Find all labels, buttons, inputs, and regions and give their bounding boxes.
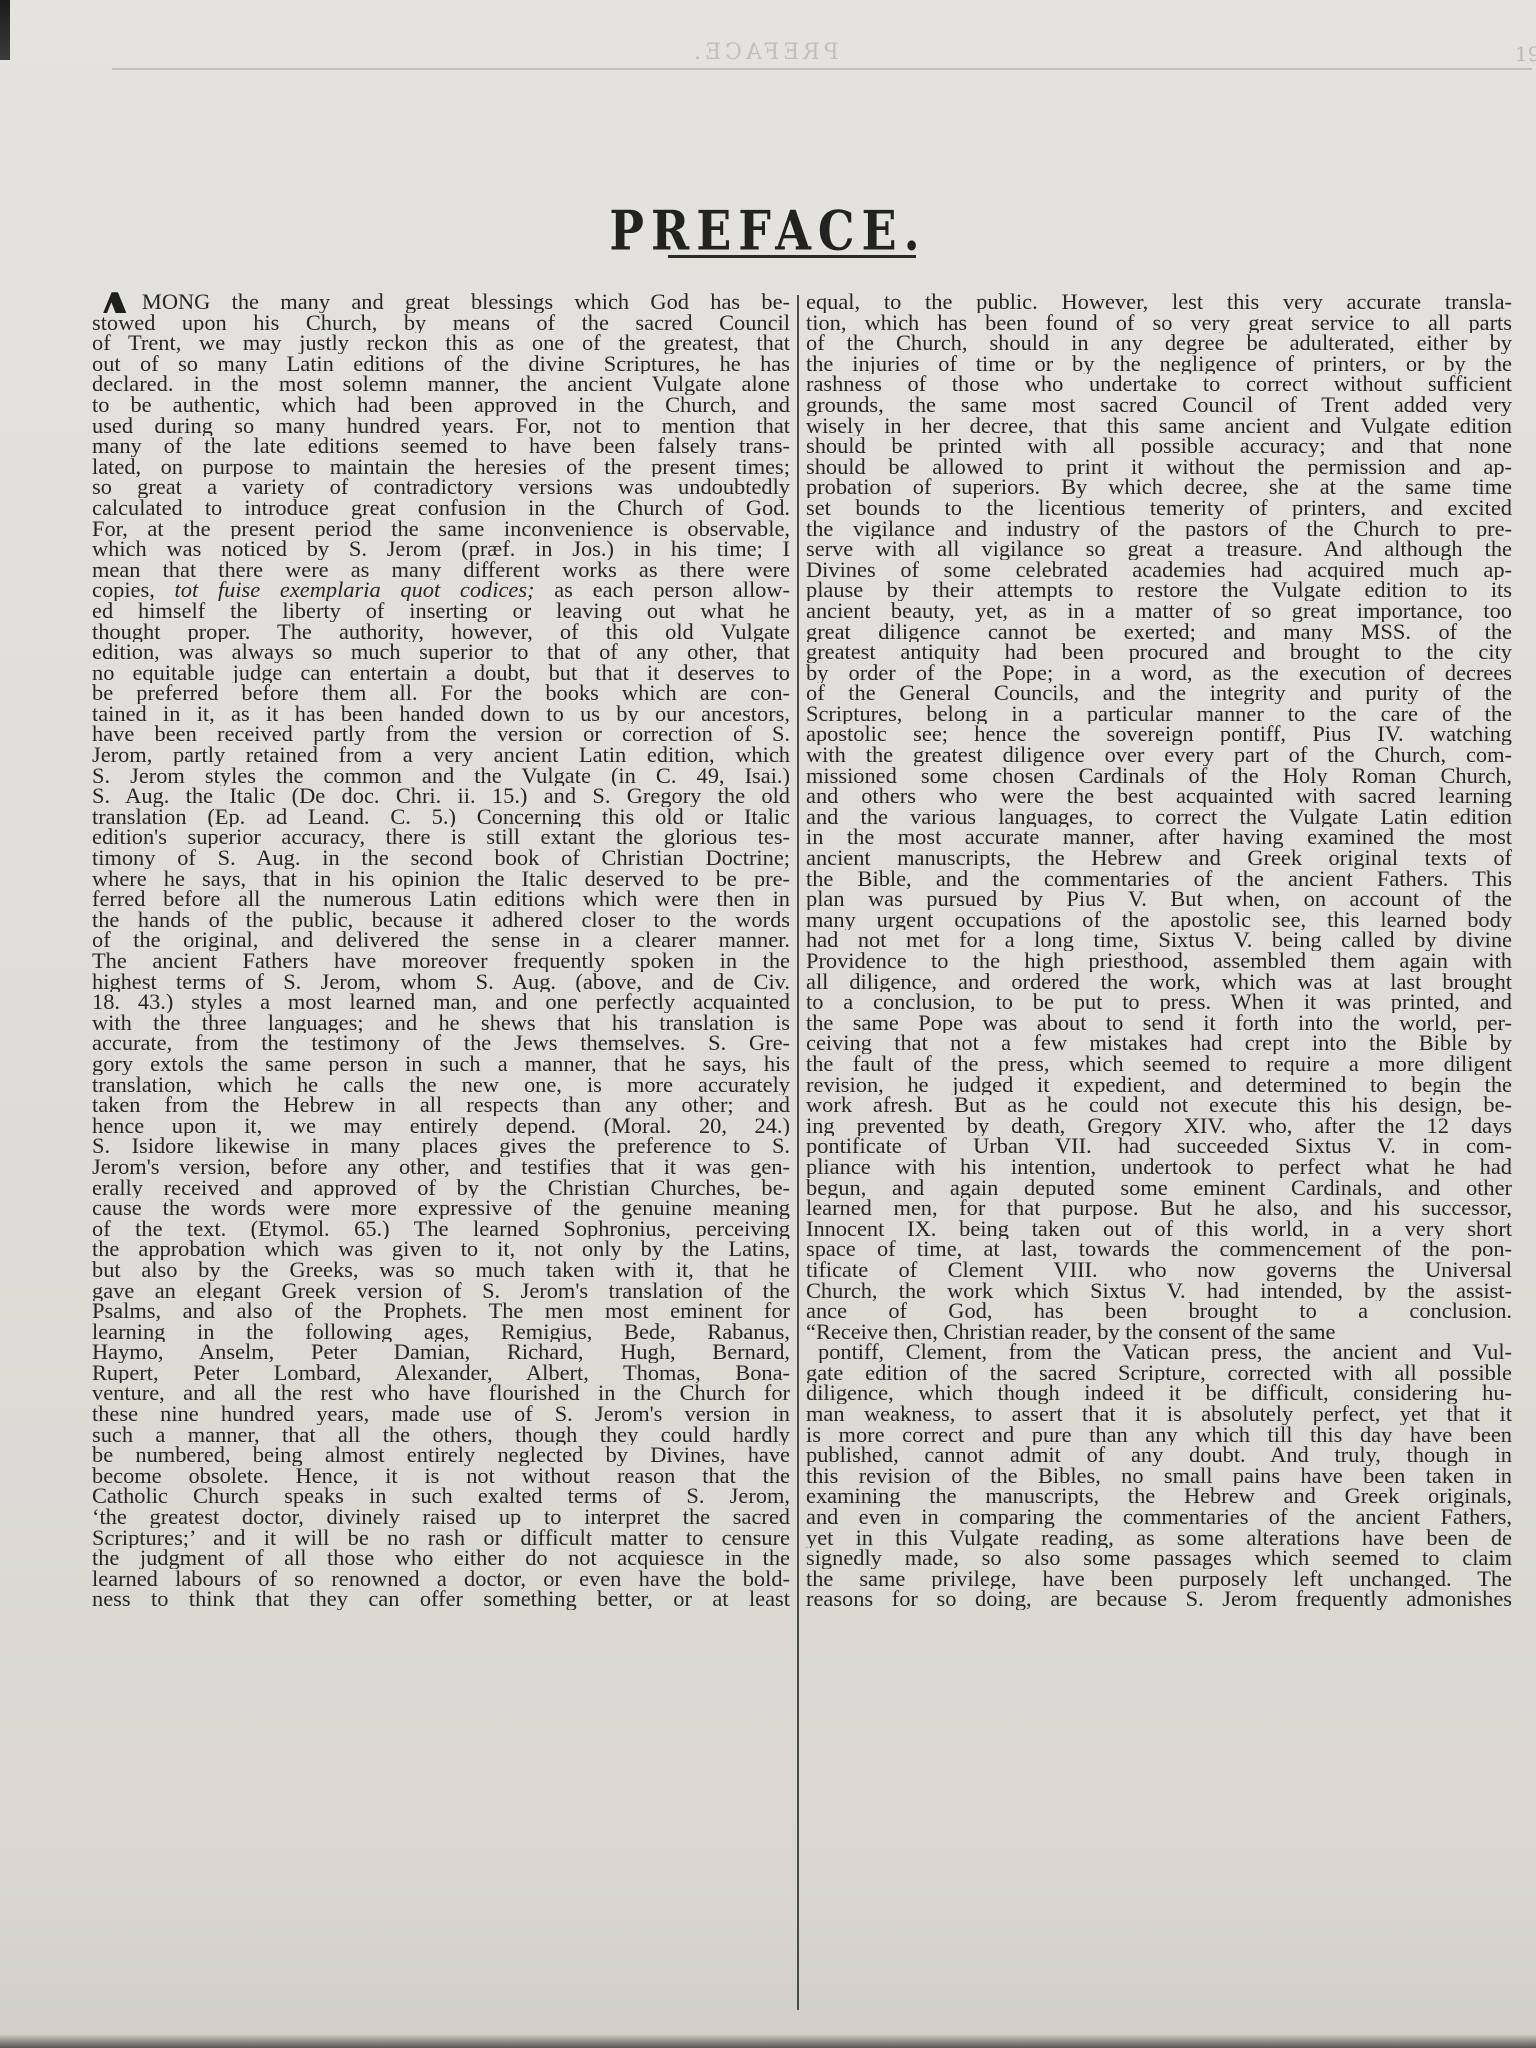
text-line: ‘the greatest doctor, divinely raised up… bbox=[92, 1507, 790, 1528]
page-bottom-shadow bbox=[0, 2034, 1536, 2048]
text-line: no equitable judge can entertain a doubt… bbox=[92, 663, 790, 684]
text-line: Catholic Church speaks in such exalted t… bbox=[92, 1486, 790, 1507]
text-line: the same Pope was about to send it forth… bbox=[806, 1013, 1512, 1034]
text-line: pontificate of Urban VII. had succeeded … bbox=[806, 1136, 1512, 1157]
page-edge-shadow bbox=[0, 0, 10, 60]
text-line: Psalms, and also of the Prophets. The me… bbox=[92, 1301, 790, 1322]
text-line: copies, tot fuise exemplaria quot codice… bbox=[92, 580, 790, 601]
text-line: lated, on purpose to maintain the heresi… bbox=[92, 457, 790, 478]
text-line: the injuries of time or by the negligenc… bbox=[806, 354, 1512, 375]
text-line: S. Jerom styles the common and the Vulga… bbox=[92, 766, 790, 787]
bleed-through-page-number: 19 bbox=[1515, 42, 1536, 66]
text-line: should be allowed to print it without th… bbox=[806, 457, 1512, 478]
text-line: hence upon it, we may entirely depend. (… bbox=[92, 1116, 790, 1137]
text-line: of Trent, we may justly reckon this as o… bbox=[92, 333, 790, 354]
text-line: out of so many Latin editions of the div… bbox=[92, 354, 790, 375]
text-line: plause by their attempts to restore the … bbox=[806, 580, 1512, 601]
text-line: published, cannot admit of any doubt. An… bbox=[806, 1445, 1512, 1466]
text-line: the Bible, and the commentaries of the a… bbox=[806, 869, 1512, 890]
text-line: and others who were the best acquainted … bbox=[806, 786, 1512, 807]
text-line: the same privilege, have been purposely … bbox=[806, 1569, 1512, 1590]
text-line: accurate, from the testimony of the Jews… bbox=[92, 1033, 790, 1054]
text-line: Innocent IX. being taken out of this wor… bbox=[806, 1219, 1512, 1240]
left-column: “ AMONG the many and great blessings whi… bbox=[92, 292, 790, 1610]
text-line: be numbered, being almost entirely negle… bbox=[92, 1445, 790, 1466]
text-line: have been received partly from the versi… bbox=[92, 724, 790, 745]
text-line: “ AMONG the many and great blessings whi… bbox=[92, 292, 790, 313]
text-line: of the original, and delivered the sense… bbox=[92, 930, 790, 951]
text-line: grounds, the same most sacred Council of… bbox=[806, 395, 1512, 416]
text-line: is more correct and pure than any which … bbox=[806, 1425, 1512, 1446]
text-line: greatest antiquity had been procured and… bbox=[806, 642, 1512, 663]
text-line: Scriptures, belong in a particular manne… bbox=[806, 704, 1512, 725]
text-line: mean that there were as many different w… bbox=[92, 560, 790, 581]
text-line: timony of S. Aug. in the second book of … bbox=[92, 848, 790, 869]
text-line: Haymo, Anselm, Peter Damian, Richard, Hu… bbox=[92, 1342, 790, 1363]
text-line: Providence to the high priesthood, assem… bbox=[806, 951, 1512, 972]
text-line: Divines of some celebrated academies had… bbox=[806, 560, 1512, 581]
text-line: ancient manuscripts, the Hebrew and Gree… bbox=[806, 848, 1512, 869]
text-line: become obsolete. Hence, it is not withou… bbox=[92, 1466, 790, 1487]
bleed-through-header: PREFACE. bbox=[690, 40, 839, 65]
text-line: to be authentic, which had been approved… bbox=[92, 395, 790, 416]
text-line: gave an elegant Greek version of S. Jero… bbox=[92, 1281, 790, 1302]
text-line: had not met for a long time, Sixtus V. b… bbox=[806, 930, 1512, 951]
text-line: where he says, that in his opinion the I… bbox=[92, 869, 790, 890]
text-line: begun, and again deputed some eminent Ca… bbox=[806, 1178, 1512, 1199]
title-underline-rule bbox=[668, 255, 916, 258]
text-line: venture, and all the rest who have flour… bbox=[92, 1383, 790, 1404]
text-line: gory extols the same person in such a ma… bbox=[92, 1054, 790, 1075]
text-line: edition, was always so much superior to … bbox=[92, 642, 790, 663]
text-line: gate edition of the sacred Scripture, co… bbox=[806, 1363, 1512, 1384]
text-line: work afresh. But as he could not execute… bbox=[806, 1095, 1512, 1116]
column-divider bbox=[797, 295, 799, 2010]
text-line: plan was pursued by Pius V. But when, on… bbox=[806, 889, 1512, 910]
text-line: S. Aug. the Italic (De doc. Chri. ii. 15… bbox=[92, 786, 790, 807]
text-line: missioned some chosen Cardinals of the H… bbox=[806, 766, 1512, 787]
text-line: tificate of Clement VIII. who now govern… bbox=[806, 1260, 1512, 1281]
text-line: this revision of the Bibles, no small pa… bbox=[806, 1466, 1512, 1487]
text-line: all diligence, and ordered the work, whi… bbox=[806, 972, 1512, 993]
latin-quotation: tot fuise exemplaria quot codices; bbox=[175, 580, 535, 601]
text-line bbox=[806, 1610, 1512, 1631]
text-line: and even in comparing the commentaries o… bbox=[806, 1507, 1512, 1528]
text-line: declared. in the most solemn manner, the… bbox=[92, 374, 790, 395]
text-line: these nine hundred years, made use of S.… bbox=[92, 1404, 790, 1425]
text-line: 18. 43.) styles a most learned man, and … bbox=[92, 992, 790, 1013]
text-line: “Receive then, Christian reader, by the … bbox=[806, 1322, 1512, 1343]
text-line: Scriptures;’ and it will be no rash or d… bbox=[92, 1528, 790, 1549]
text-line: in the most accurate manner, after havin… bbox=[806, 827, 1512, 848]
text-line: by order of the Pope; in a word, as the … bbox=[806, 663, 1512, 684]
text-line: the vigilance and industry of the pastor… bbox=[806, 519, 1512, 540]
bleed-through-header-rule bbox=[112, 68, 1532, 70]
text-line: taken from the Hebrew in all respects th… bbox=[92, 1095, 790, 1116]
text-line: used during so many hundred years. For, … bbox=[92, 416, 790, 437]
text-line: stowed upon his Church, by means of the … bbox=[92, 313, 790, 334]
text-line: many urgent occupations of the apostolic… bbox=[806, 910, 1512, 931]
book-page: PREFACE. 19 PREFACE. “ AMONG the many an… bbox=[0, 0, 1536, 2048]
text-line: pontiff, Clement, from the Vatican press… bbox=[806, 1342, 1512, 1363]
text-line: space of time, at last, towards the comm… bbox=[806, 1239, 1512, 1260]
text-line: learning in the following ages, Remigius… bbox=[92, 1322, 790, 1343]
text-line: edition's superior accuracy, there is st… bbox=[92, 827, 790, 848]
text-line: wisely in her decree, that this same anc… bbox=[806, 416, 1512, 437]
text-line: calculated to introduce great confusion … bbox=[92, 498, 790, 519]
text-line: the judgment of all those who either do … bbox=[92, 1548, 790, 1569]
text-line: to a conclusion, to be put to press. Whe… bbox=[806, 992, 1512, 1013]
text-line: great diligence cannot be exerted; and m… bbox=[806, 622, 1512, 643]
text-line: probation of superiors. By which decree,… bbox=[806, 477, 1512, 498]
text-line: such a manner, that all the others, thou… bbox=[92, 1425, 790, 1446]
text-line: apostolic see; hence the sovereign ponti… bbox=[806, 724, 1512, 745]
text-line: ferred before all the numerous Latin edi… bbox=[92, 889, 790, 910]
text-line: translation (Ep. ad Leand. C. 5.) Concer… bbox=[92, 807, 790, 828]
text-line: revision, he judged it expedient, and de… bbox=[806, 1075, 1512, 1096]
text-line: the approbation which was given to it, n… bbox=[92, 1239, 790, 1260]
text-line: learned labours of so renowned a doctor,… bbox=[92, 1569, 790, 1590]
text-line: reasons for so doing, are because S. Jer… bbox=[806, 1589, 1512, 1610]
text-line: cause the words were more expressive of … bbox=[92, 1198, 790, 1219]
text-line: S. Isidore likewise in many places gives… bbox=[92, 1136, 790, 1157]
text-line: ing prevented by death, Gregory XIV. who… bbox=[806, 1116, 1512, 1137]
text-line: and the various languages, to correct th… bbox=[806, 807, 1512, 828]
text-line: of the Church, should in any degree be a… bbox=[806, 333, 1512, 354]
text-line: ed himself the liberty of inserting or l… bbox=[92, 601, 790, 622]
text-line: ancient beauty, yet, as in a matter of s… bbox=[806, 601, 1512, 622]
text-line: equal, to the public. However, lest this… bbox=[806, 292, 1512, 313]
text-line: rashness of those who undertake to corre… bbox=[806, 374, 1512, 395]
text-line: erally received and approved of by the C… bbox=[92, 1178, 790, 1199]
text-line: should be printed with all possible accu… bbox=[806, 436, 1512, 457]
text-line: Jerom, partly retained from a very ancie… bbox=[92, 745, 790, 766]
text-line: with the three languages; and he shews t… bbox=[92, 1013, 790, 1034]
text-line: Jerom's version, before any other, and t… bbox=[92, 1157, 790, 1178]
text-line: man weakness, to assert that it is absol… bbox=[806, 1404, 1512, 1425]
text-line: be preferred before them all. For the bo… bbox=[92, 683, 790, 704]
text-line: Rupert, Peter Lombard, Alexander, Albert… bbox=[92, 1363, 790, 1384]
text-line: of the General Councils, and the integri… bbox=[806, 683, 1512, 704]
text-line: the hands of the public, because it adhe… bbox=[92, 910, 790, 931]
text-line: so great a variety of contradictory vers… bbox=[92, 477, 790, 498]
text-line: but also by the Greeks, was so much take… bbox=[92, 1260, 790, 1281]
text-line: highest terms of S. Jerom, whom S. Aug. … bbox=[92, 972, 790, 993]
right-column: equal, to the public. However, lest this… bbox=[806, 292, 1512, 1631]
text-line: tion, which has been found of so very gr… bbox=[806, 313, 1512, 334]
text-line: ness to think that they can offer someth… bbox=[92, 1589, 790, 1610]
text-line: with the greatest diligence over every p… bbox=[806, 745, 1512, 766]
text-line: The ancient Fathers have moreover freque… bbox=[92, 951, 790, 972]
text-line: pliance with his intention, undertook to… bbox=[806, 1157, 1512, 1178]
text-line: tained in it, as it has been handed down… bbox=[92, 704, 790, 725]
text-line: serve with all vigilance so great a trea… bbox=[806, 539, 1512, 560]
text-line: signedly made, so also some passages whi… bbox=[806, 1548, 1512, 1569]
text-line: learned men, for that purpose. But he al… bbox=[806, 1198, 1512, 1219]
text-line: of the text. (Etymol. 65.) The learned S… bbox=[92, 1219, 790, 1240]
text-line: the fault of the press, which seemed to … bbox=[806, 1054, 1512, 1075]
text-line: examining the manuscripts, the Hebrew an… bbox=[806, 1486, 1512, 1507]
text-line: yet in this Vulgate reading, as some alt… bbox=[806, 1528, 1512, 1549]
text-line: translation, which he calls the new one,… bbox=[92, 1075, 790, 1096]
text-line: set bounds to the licentious temerity of… bbox=[806, 498, 1512, 519]
text-line: Church, the work which Sixtus V. had int… bbox=[806, 1281, 1512, 1302]
text-line: For, at the present period the same inco… bbox=[92, 519, 790, 540]
page-title: PREFACE. bbox=[0, 199, 1536, 263]
text-line: thought proper. The authority, however, … bbox=[92, 622, 790, 643]
text-line: ceiving that not a few mistakes had crep… bbox=[806, 1033, 1512, 1054]
drop-cap: A bbox=[94, 292, 136, 313]
text-line: many of the late editions seemed to have… bbox=[92, 436, 790, 457]
text-line: which was noticed by S. Jerom (præf. in … bbox=[92, 539, 790, 560]
text-line: diligence, which though indeed it be dif… bbox=[806, 1383, 1512, 1404]
